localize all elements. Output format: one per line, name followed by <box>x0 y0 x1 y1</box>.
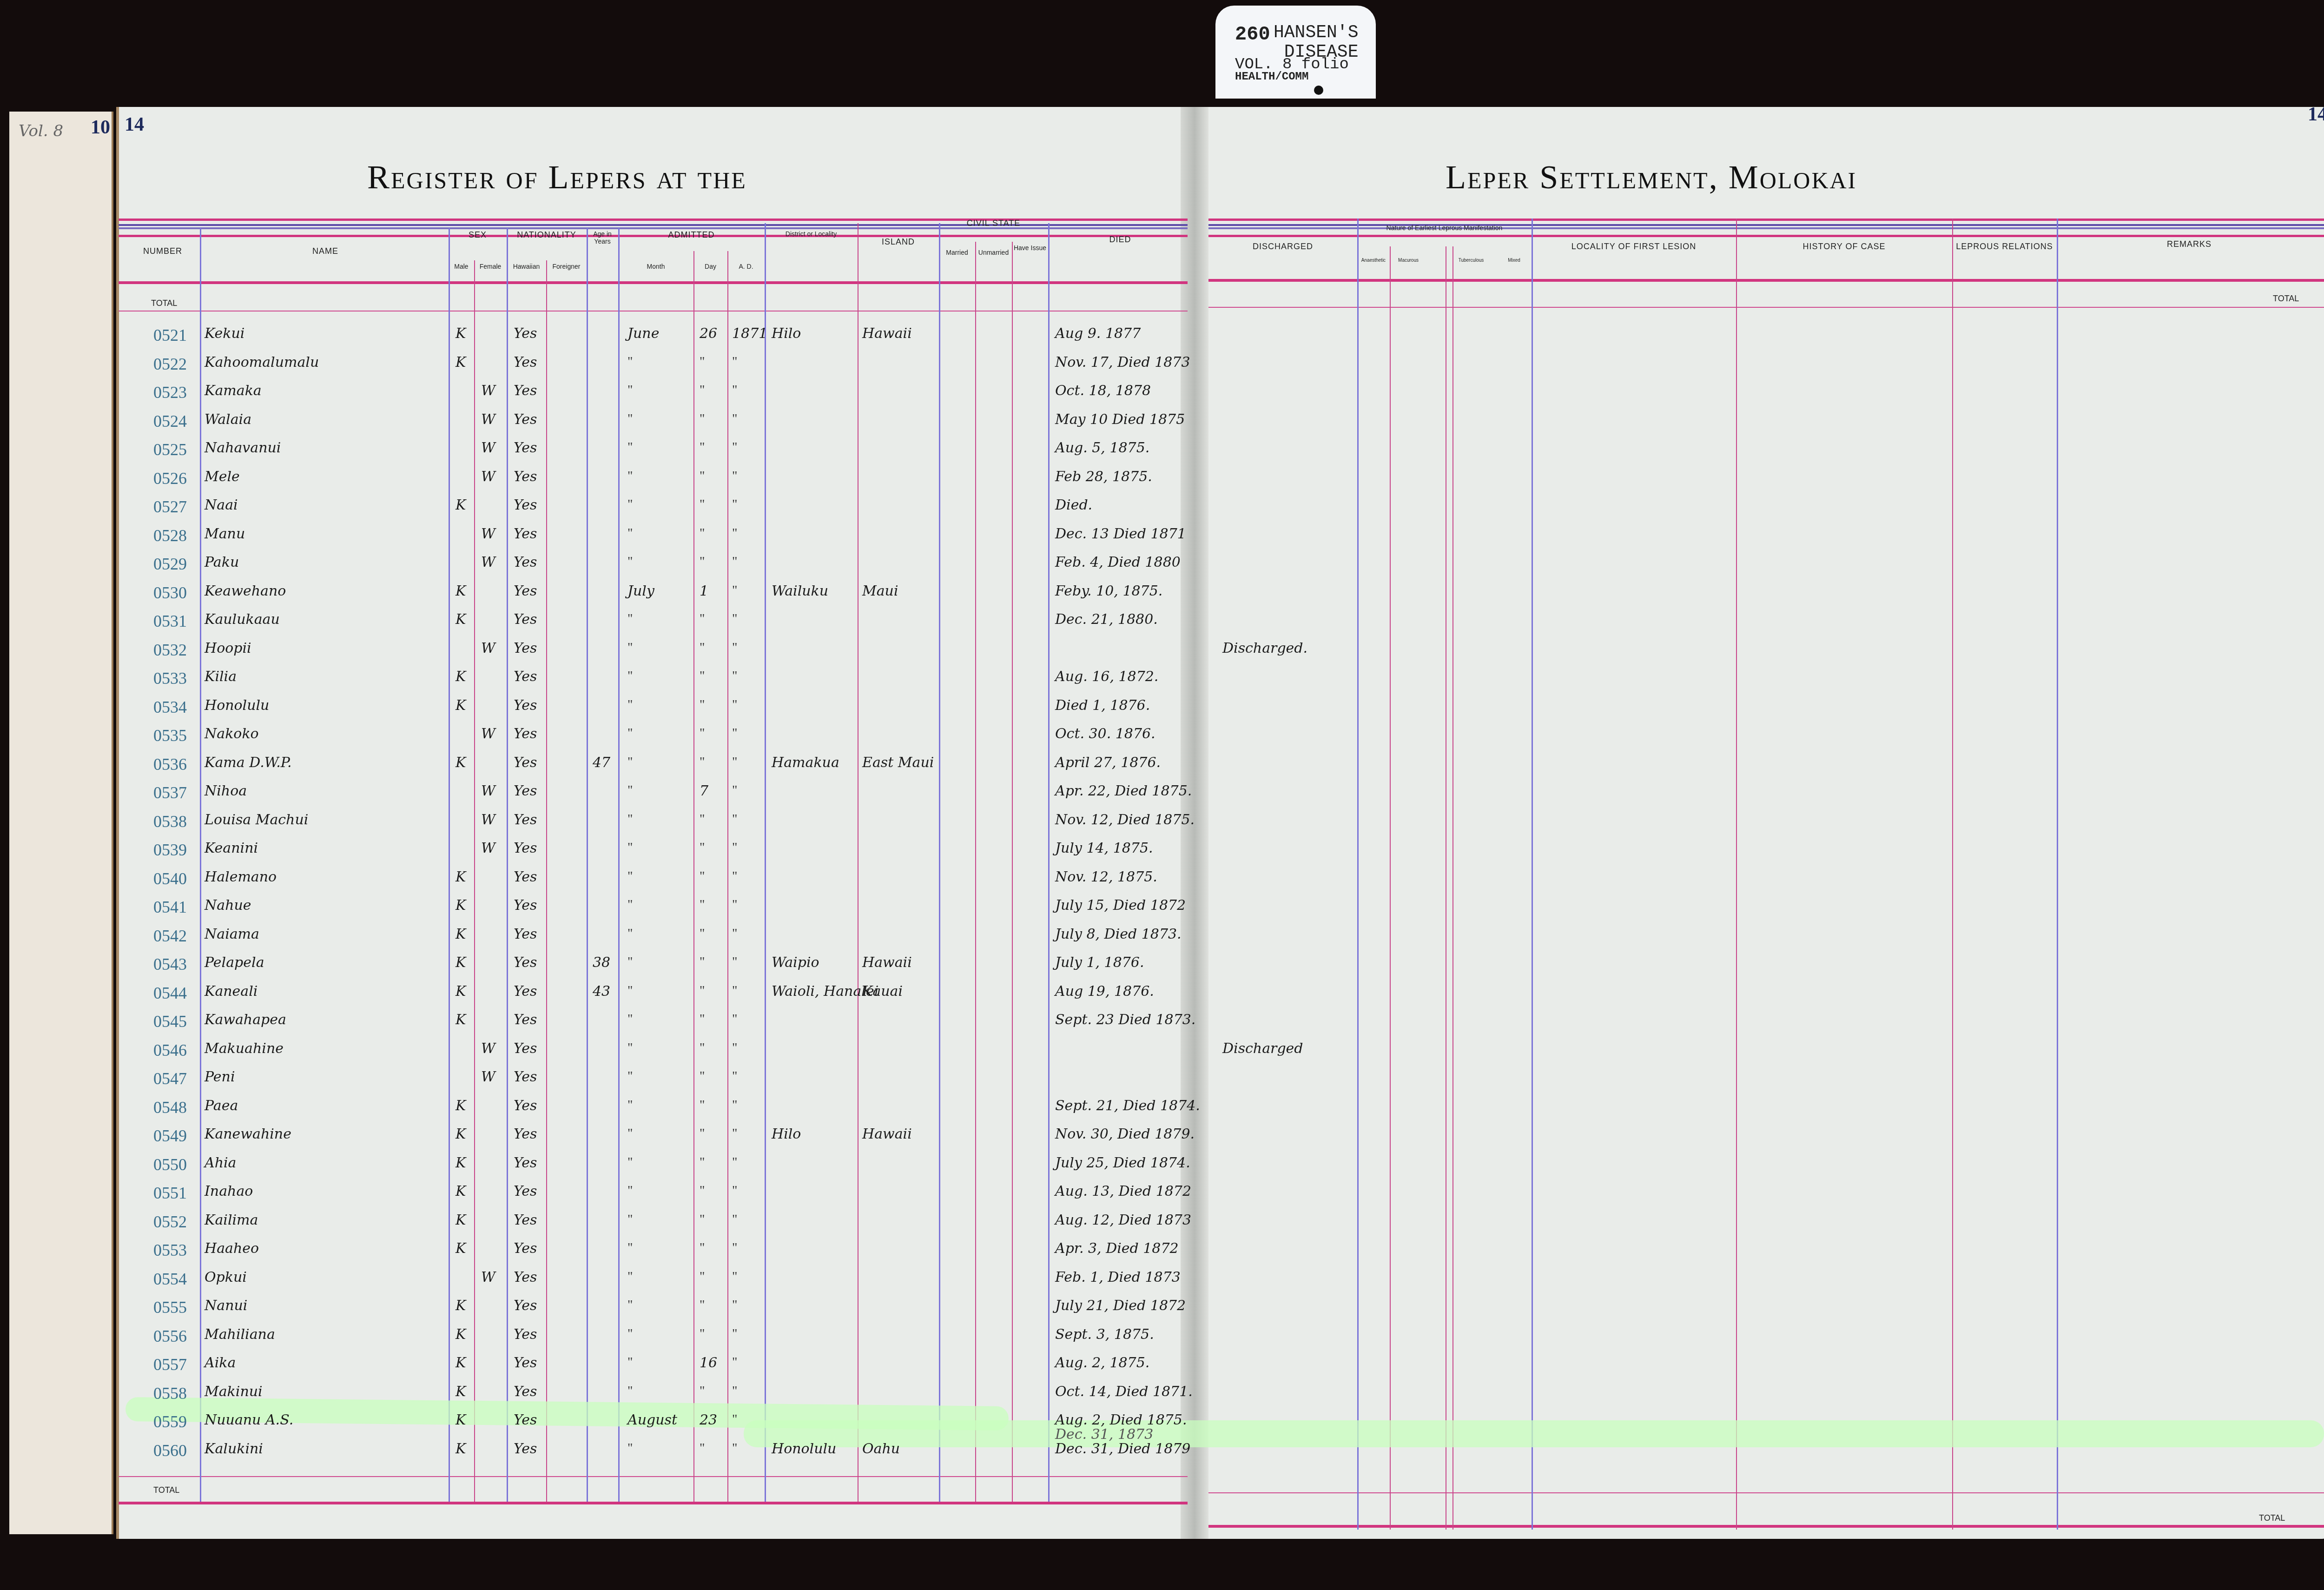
cell-month: " <box>627 1155 633 1170</box>
sex-mark: K <box>456 983 466 1000</box>
nationality-hawaiian: Yes <box>514 1269 537 1285</box>
header-month: Month <box>618 263 693 270</box>
row-number: 0545 <box>153 1012 187 1031</box>
patient-name: Kahoomalumalu <box>205 354 319 371</box>
patient-name: Nahue <box>205 897 251 914</box>
header-bottom-rule-left <box>119 281 1188 284</box>
cell-month: " <box>627 1212 633 1227</box>
cell-died: Feby. 10, 1875. <box>1055 583 1162 599</box>
nationality-hawaiian: Yes <box>514 840 537 856</box>
cell-month: " <box>627 1240 633 1255</box>
patient-name: Paku <box>205 554 239 570</box>
footer-rule-right <box>1208 1525 2324 1528</box>
patient-name: Kalukini <box>205 1441 263 1457</box>
cell-month: " <box>627 983 633 998</box>
patient-name: Paea <box>205 1098 238 1114</box>
sex-mark: W <box>481 383 495 399</box>
col-divider <box>1736 219 1737 1530</box>
cell-died: Sept. 21, Died 1874. <box>1055 1098 1200 1114</box>
archive-tag-series: HEALTH/COMM <box>1235 71 1308 83</box>
header-mixed: Mixed <box>1497 258 1532 263</box>
cell-day: 7 <box>700 783 708 799</box>
cell-year: " <box>732 1069 737 1084</box>
col-divider <box>618 228 620 1502</box>
cell-died: July 1, 1876. <box>1055 954 1144 971</box>
cell-month: " <box>627 611 633 626</box>
cell-died: Nov. 30, Died 1879. <box>1055 1126 1195 1142</box>
header-district: District or Locality <box>767 230 855 238</box>
patient-name: Makinui <box>205 1384 263 1400</box>
row-number: 0549 <box>153 1126 187 1146</box>
cell-month: " <box>627 354 633 369</box>
header-tuberculous: Tuberculous <box>1446 258 1497 263</box>
cell-year: " <box>732 497 737 512</box>
sex-mark: W <box>481 726 495 742</box>
sex-mark: K <box>456 1098 466 1114</box>
cell-day: " <box>700 526 705 541</box>
cell-died: May 10 Died 1875 <box>1055 411 1185 428</box>
archive-tag: 260 HANSEN'S DISEASE VOL. 8 folio HEALTH… <box>1215 6 1376 99</box>
cell-day: " <box>700 954 705 969</box>
sex-mark: K <box>456 1126 466 1142</box>
cell-age: 43 <box>593 983 610 1000</box>
right-page-number: 14 <box>2308 103 2324 126</box>
total-label-top-right: TOTAL <box>2273 294 2299 304</box>
cell-district: Wailuku <box>772 583 828 599</box>
cell-island: Maui <box>862 583 898 599</box>
cell-died: Dec. 21, 1880. <box>1055 611 1158 628</box>
cell-age: 38 <box>593 954 610 971</box>
sex-mark: K <box>456 897 466 914</box>
cell-month: July <box>627 583 654 599</box>
patient-name: Nihoa <box>205 783 247 799</box>
cell-month: August <box>627 1412 677 1428</box>
cell-day: " <box>700 1040 705 1055</box>
sex-mark: W <box>481 1040 495 1057</box>
cell-day: " <box>700 812 705 827</box>
cell-month: " <box>627 497 633 512</box>
nationality-hawaiian: Yes <box>514 1069 537 1085</box>
page-stack-tab <box>84 112 113 1534</box>
header-island: Island <box>858 237 939 247</box>
patient-name: Nuuanu A.S. <box>205 1412 293 1428</box>
row-number: 0540 <box>153 869 187 888</box>
patient-name: Nanui <box>205 1298 247 1314</box>
cell-month: " <box>627 383 633 397</box>
cell-month: " <box>627 554 633 569</box>
total-rule-right <box>1208 307 2324 308</box>
patient-name: Louisa Machui <box>205 812 308 828</box>
sex-mark: K <box>456 926 466 942</box>
cell-day: " <box>700 440 705 455</box>
cell-day: 23 <box>700 1412 717 1428</box>
nationality-hawaiian: Yes <box>514 1384 537 1400</box>
cell-month: " <box>627 411 633 426</box>
cell-died: Aug 19, 1876. <box>1055 983 1154 1000</box>
cell-year: " <box>732 1155 737 1170</box>
cell-day: " <box>700 983 705 998</box>
cell-died: Aug. 13, Died 1872 <box>1055 1183 1191 1199</box>
cell-month: " <box>627 1298 633 1312</box>
col-divider <box>1532 219 1533 1530</box>
cell-died: July 14, 1875. <box>1055 840 1153 856</box>
col-divider <box>2057 219 2058 1530</box>
cell-died: Oct. 30. 1876. <box>1055 726 1155 742</box>
col-divider <box>975 242 976 1502</box>
cell-month: " <box>627 1126 633 1141</box>
cell-died: Died. <box>1055 497 1092 513</box>
cell-month: " <box>627 954 633 969</box>
cell-month: " <box>627 897 633 912</box>
row-number: 0553 <box>153 1240 187 1260</box>
cell-year: " <box>732 411 737 426</box>
patient-name: Kilia <box>205 669 237 685</box>
cell-year: " <box>732 926 737 941</box>
sex-mark: K <box>456 354 466 371</box>
sex-mark: K <box>456 1384 466 1400</box>
cell-month: " <box>627 1183 633 1198</box>
cell-year: " <box>732 897 737 912</box>
cell-island: Hawaii <box>862 1126 912 1142</box>
sex-mark: K <box>456 325 466 342</box>
spine-label: Vol. 8 <box>19 122 63 140</box>
cell-month: " <box>627 1384 633 1398</box>
col-divider <box>1357 219 1359 1530</box>
cell-day: " <box>700 669 705 683</box>
row-number: 0542 <box>153 926 187 946</box>
cell-month: " <box>627 1326 633 1341</box>
cell-day: " <box>700 1069 705 1084</box>
sex-mark: W <box>481 554 495 570</box>
nationality-hawaiian: Yes <box>514 1298 537 1314</box>
nationality-hawaiian: Yes <box>514 1326 537 1343</box>
cell-district: Hamakua <box>772 755 839 771</box>
cell-island: Hawaii <box>862 954 912 971</box>
cell-day: " <box>700 697 705 712</box>
nationality-hawaiian: Yes <box>514 611 537 628</box>
cell-died: July 21, Died 1872 <box>1055 1298 1186 1314</box>
cell-district: Hilo <box>772 1126 801 1142</box>
cell-discharged: Discharged <box>1222 1040 1303 1057</box>
cell-year: " <box>732 1441 737 1456</box>
row-number: 0525 <box>153 440 187 459</box>
cell-year: " <box>732 526 737 541</box>
cell-district: Hilo <box>772 325 801 342</box>
row-number: 0556 <box>153 1326 187 1346</box>
row-number: 0536 <box>153 755 187 774</box>
header-anaesthetic: Anaesthetic <box>1357 258 1390 263</box>
cell-died: Aug. 2, 1875. <box>1055 1355 1149 1371</box>
header-married: Married <box>939 249 975 256</box>
cell-year: " <box>732 1012 737 1027</box>
cell-day: " <box>700 469 705 484</box>
tab-page-number: 10 <box>91 116 110 139</box>
row-number: 0544 <box>153 983 187 1003</box>
cell-died: Aug. 12, Died 1873 <box>1055 1212 1191 1228</box>
cell-day: 26 <box>700 325 717 342</box>
sex-mark: K <box>456 1441 466 1457</box>
header-hawaiian: Hawaiian <box>507 263 546 270</box>
cell-day: " <box>700 840 705 855</box>
row-number: 0522 <box>153 354 187 374</box>
nationality-hawaiian: Yes <box>514 440 537 456</box>
nationality-hawaiian: Yes <box>514 354 537 371</box>
row-number: 0531 <box>153 611 187 631</box>
cell-died: Dec. 13 Died 1871 <box>1055 526 1186 542</box>
sex-mark: W <box>481 783 495 799</box>
header-age: Age in Years <box>587 230 618 245</box>
cell-month: " <box>627 1098 633 1113</box>
cell-day: " <box>700 1155 705 1170</box>
row-number: 0546 <box>153 1040 187 1060</box>
header-macurous: Macurous <box>1390 258 1427 263</box>
cell-year: " <box>732 755 737 769</box>
sex-mark: K <box>456 697 466 714</box>
col-divider <box>546 260 547 1502</box>
footer-rule-left <box>119 1502 1188 1504</box>
sex-mark: W <box>481 469 495 485</box>
cell-day: " <box>700 869 705 884</box>
cell-district: Waipio <box>772 954 819 971</box>
cell-died: Feb. 4, Died 1880 <box>1055 554 1181 570</box>
cell-day: " <box>700 1384 705 1398</box>
cell-year: " <box>732 1212 737 1227</box>
header-civil-state: Civil State <box>939 219 1048 228</box>
nationality-hawaiian: Yes <box>514 1355 537 1371</box>
header-locality-first-lesion: Locality of First Lesion <box>1532 242 1736 252</box>
cell-died: Dec. 31, Died 1879 <box>1055 1441 1190 1457</box>
cell-year: " <box>732 697 737 712</box>
cell-day: " <box>700 1441 705 1456</box>
cell-month: " <box>627 726 633 741</box>
header-male: Male <box>449 263 474 270</box>
bottom-rule-right <box>1208 1492 2324 1493</box>
cell-year: " <box>732 783 737 798</box>
nationality-hawaiian: Yes <box>514 954 537 971</box>
nationality-hawaiian: Yes <box>514 983 537 1000</box>
cell-year: " <box>732 1412 737 1427</box>
patient-name: Kanewahine <box>205 1126 291 1142</box>
col-divider <box>858 223 858 1502</box>
row-number: 0554 <box>153 1269 187 1289</box>
nationality-hawaiian: Yes <box>514 1240 537 1257</box>
cell-died: July 8, Died 1873. <box>1055 926 1182 942</box>
header-female: Female <box>474 263 507 270</box>
cell-month: " <box>627 783 633 798</box>
nationality-hawaiian: Yes <box>514 325 537 342</box>
patient-name: Opkui <box>205 1269 247 1285</box>
cell-died: Aug. 5, 1875. <box>1055 440 1149 456</box>
patient-name: Nakoko <box>205 726 259 742</box>
cell-year: " <box>732 812 737 827</box>
cell-month: " <box>627 1069 633 1084</box>
cell-day: " <box>700 755 705 769</box>
row-number: 0551 <box>153 1183 187 1203</box>
cell-died: Nov. 12, Died 1875. <box>1055 812 1195 828</box>
row-number: 0541 <box>153 897 187 917</box>
row-number: 0558 <box>153 1384 187 1403</box>
patient-name: Hoopii <box>205 640 251 656</box>
cell-died: Apr. 3, Died 1872 <box>1055 1240 1179 1257</box>
patient-name: Kama D.W.P. <box>205 755 291 771</box>
nationality-hawaiian: Yes <box>514 926 537 942</box>
cell-year: " <box>732 1298 737 1312</box>
nationality-hawaiian: Yes <box>514 411 537 428</box>
nationality-hawaiian: Yes <box>514 869 537 885</box>
sex-mark: K <box>456 611 466 628</box>
cell-month: " <box>627 926 633 941</box>
nationality-hawaiian: Yes <box>514 1441 537 1457</box>
patient-name: Keanini <box>205 840 258 856</box>
header-admitted: Admitted <box>618 230 765 240</box>
cell-died: July 25, Died 1874. <box>1055 1155 1190 1171</box>
patient-name: Keawehano <box>205 583 286 599</box>
cell-day: " <box>700 640 705 655</box>
row-number: 0533 <box>153 669 187 688</box>
col-divider <box>507 228 508 1502</box>
cell-month: " <box>627 812 633 827</box>
sex-mark: W <box>481 526 495 542</box>
cell-year: " <box>732 726 737 741</box>
row-number: 0521 <box>153 325 187 345</box>
cell-died: Nov. 17, Died 1873 <box>1055 354 1190 371</box>
punch-hole-icon <box>1314 86 1323 95</box>
cell-month: " <box>627 1355 633 1370</box>
header-bottom-rule-right <box>1208 279 2324 282</box>
cell-year: " <box>732 1183 737 1198</box>
sex-mark: K <box>456 1240 466 1257</box>
cell-died: Apr. 22, Died 1875. <box>1055 783 1192 799</box>
patient-name: Peni <box>205 1069 235 1085</box>
header-unmarried: Unmarried <box>975 249 1012 256</box>
page-title-left: Register of Lepers at the <box>367 158 747 197</box>
cell-month: " <box>627 1269 633 1284</box>
sex-mark: K <box>456 1183 466 1199</box>
cell-year: " <box>732 440 737 455</box>
patient-name: Naiama <box>205 926 259 942</box>
cell-died: Aug. 2, Died 1875. <box>1055 1412 1187 1428</box>
sex-mark: K <box>456 1326 466 1343</box>
cell-year: " <box>732 1240 737 1255</box>
nationality-hawaiian: Yes <box>514 640 537 656</box>
cell-died: July 15, Died 1872 <box>1055 897 1186 914</box>
nationality-hawaiian: Yes <box>514 669 537 685</box>
nationality-hawaiian: Yes <box>514 1212 537 1228</box>
col-divider <box>200 228 201 1502</box>
cell-month: " <box>627 526 633 541</box>
col-divider <box>1952 219 1953 1530</box>
cell-year: 1871 <box>732 325 767 342</box>
cell-island: East Maui <box>862 755 934 771</box>
cell-year: " <box>732 669 737 683</box>
cell-island: Hawaii <box>862 325 912 342</box>
col-divider <box>587 228 588 1502</box>
cell-died: Oct. 18, 1878 <box>1055 383 1151 399</box>
sex-mark: K <box>456 1412 466 1428</box>
cell-month: " <box>627 1040 633 1055</box>
nationality-hawaiian: Yes <box>514 383 537 399</box>
header-have-issue: Have Issue <box>1012 244 1048 252</box>
header-ad: A. D. <box>727 263 765 270</box>
cell-month: " <box>627 669 633 683</box>
cell-day: 16 <box>700 1355 717 1371</box>
row-number: 0543 <box>153 954 187 974</box>
cell-month: " <box>627 1012 633 1027</box>
row-number: 0548 <box>153 1098 187 1117</box>
nationality-hawaiian: Yes <box>514 1183 537 1199</box>
col-divider <box>727 251 728 1502</box>
patient-name: Haaheo <box>205 1240 259 1257</box>
cell-day: " <box>700 897 705 912</box>
cell-day: 1 <box>700 583 708 599</box>
sex-mark: K <box>456 954 466 971</box>
cell-year: " <box>732 1098 737 1113</box>
header-foreigner: Foreigner <box>546 263 587 270</box>
cell-year: " <box>732 869 737 884</box>
col-divider <box>1446 246 1446 1530</box>
patient-name: Manu <box>205 526 245 542</box>
cell-day: " <box>700 411 705 426</box>
cell-district: Honolulu <box>772 1441 836 1457</box>
cell-died: Nov. 12, 1875. <box>1055 869 1157 885</box>
cell-year: " <box>732 554 737 569</box>
header-name: Name <box>205 246 446 256</box>
cell-island: Kauai <box>862 983 903 1000</box>
cell-year: " <box>732 640 737 655</box>
archive-tag-number: 260 <box>1235 23 1270 46</box>
col-divider <box>1012 242 1013 1502</box>
row-number: 0535 <box>153 726 187 745</box>
sex-mark: K <box>456 755 466 771</box>
nationality-hawaiian: Yes <box>514 554 537 570</box>
cell-day: " <box>700 1269 705 1284</box>
cell-month: " <box>627 640 633 655</box>
row-number: 0550 <box>153 1155 187 1174</box>
col-divider <box>1452 246 1453 1530</box>
col-divider <box>474 260 475 1502</box>
nationality-hawaiian: Yes <box>514 469 537 485</box>
cell-died: Died 1, 1876. <box>1055 697 1150 714</box>
patient-name: Mahiliana <box>205 1326 275 1343</box>
row-number: 0547 <box>153 1069 187 1088</box>
sex-mark: K <box>456 1212 466 1228</box>
cell-day: " <box>700 354 705 369</box>
cell-died: Aug. 16, 1872. <box>1055 669 1158 685</box>
sex-mark: W <box>481 840 495 856</box>
patient-name: Inahao <box>205 1183 253 1199</box>
sex-mark: K <box>456 669 466 685</box>
cell-age: 47 <box>593 755 610 771</box>
cell-day: " <box>700 926 705 941</box>
patient-name: Kamaka <box>205 383 262 399</box>
cell-died: Oct. 14, Died 1871. <box>1055 1384 1193 1400</box>
header-nature: Nature of Earliest Leprous Manifestation <box>1357 224 1532 232</box>
patient-name: Kailima <box>205 1212 258 1228</box>
nationality-hawaiian: Yes <box>514 497 537 513</box>
cell-day: " <box>700 1212 705 1227</box>
header-discharged: Discharged <box>1208 242 1357 252</box>
cell-died: Feb. 1, Died 1873 <box>1055 1269 1181 1285</box>
right-page <box>1195 107 2324 1539</box>
nationality-hawaiian: Yes <box>514 1155 537 1171</box>
left-page-number: 14 <box>125 113 144 136</box>
cell-day: " <box>700 1012 705 1027</box>
cell-month: " <box>627 1441 633 1456</box>
cell-day: " <box>700 1326 705 1341</box>
cell-died: Aug 9. 1877 <box>1055 325 1141 342</box>
cell-day: " <box>700 1183 705 1198</box>
nationality-hawaiian: Yes <box>514 1040 537 1057</box>
